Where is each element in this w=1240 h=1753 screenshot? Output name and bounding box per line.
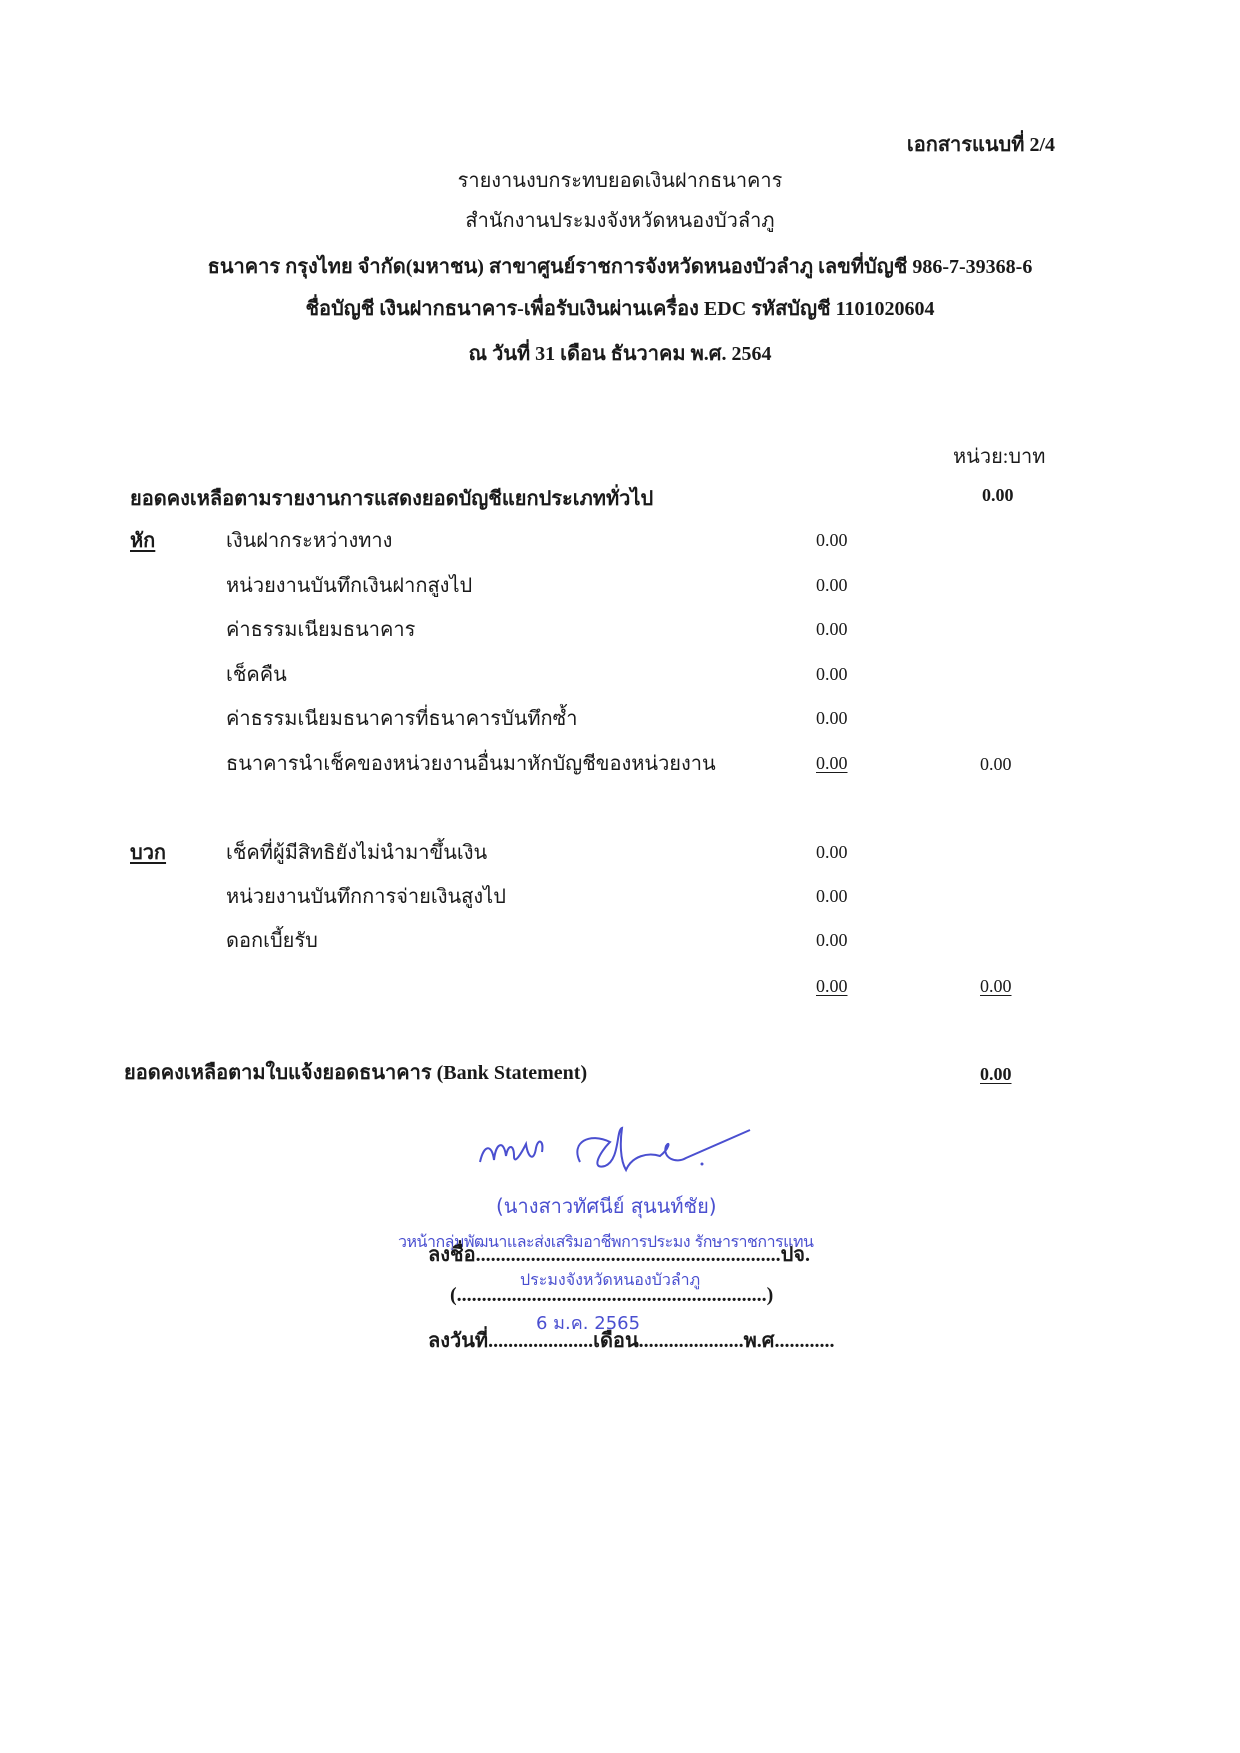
add-item-value: 0.00 xyxy=(816,930,848,951)
add-heading: บวก xyxy=(130,836,166,868)
attachment-label: เอกสารแนบที่ 2/4 xyxy=(907,128,1055,160)
add-item-label: ดอกเบี้ยรับ xyxy=(226,924,318,956)
add-item-label: เช็คที่ผู้มีสิทธิยังไม่นำมาขึ้นเงิน xyxy=(226,836,487,868)
deduct-item-value: 0.00 xyxy=(816,753,848,774)
bank-line: ธนาคาร กรุงไทย จำกัด(มหาชน) สาขาศูนย์ราช… xyxy=(0,250,1240,282)
date-line: ณ วันที่ 31 เดือน ธันวาคม พ.ศ. 2564 xyxy=(0,337,1240,369)
sign-line: ลงชื่อ..................................… xyxy=(428,1238,810,1270)
deduct-item-value: 0.00 xyxy=(816,664,848,685)
handwritten-signature xyxy=(470,1122,810,1182)
date-sign-line: ลงวันที่.....................เดือน......… xyxy=(428,1324,835,1356)
deduct-total: 0.00 xyxy=(980,754,1012,775)
deduct-item-label: เงินฝากระหว่างทาง xyxy=(226,524,392,556)
deduct-item-label: ค่าธรรมเนียมธนาคาร xyxy=(226,613,415,645)
deduct-item-value: 0.00 xyxy=(816,708,848,729)
report-title: รายงานงบกระทบยอดเงินฝากธนาคาร xyxy=(0,164,1240,196)
deduct-item-label: หน่วยงานบันทึกเงินฝากสูงไป xyxy=(226,569,472,601)
deduct-item-label: เช็คคืน xyxy=(226,658,287,690)
gl-balance-value: 0.00 xyxy=(982,485,1014,506)
unit-label: หน่วย:บาท xyxy=(953,440,1045,472)
add-subtotal: 0.00 xyxy=(816,976,848,997)
bank-balance-label: ยอดคงเหลือตามใบแจ้งยอดธนาคาร (Bank State… xyxy=(124,1056,587,1088)
deduct-item-label: ค่าธรรมเนียมธนาคารที่ธนาคารบันทึกซ้ำ xyxy=(226,702,577,734)
add-item-label: หน่วยงานบันทึกการจ่ายเงินสูงไป xyxy=(226,880,506,912)
deduct-item-label: ธนาคารนำเช็คของหน่วยงานอื่นมาหักบัญชีของ… xyxy=(226,747,716,779)
office-name: สำนักงานประมงจังหวัดหนองบัวลำภู xyxy=(0,204,1240,236)
deduct-item-value: 0.00 xyxy=(816,575,848,596)
deduct-heading: หัก xyxy=(130,524,155,556)
signer-name-handwritten: (นางสาวทัศนีย์ สุนนท์ชัย) xyxy=(496,1190,717,1222)
deduct-item-value: 0.00 xyxy=(816,619,848,640)
account-line: ชื่อบัญชี เงินฝากธนาคาร-เพื่อรับเงินผ่าน… xyxy=(0,292,1240,324)
name-line: (.......................................… xyxy=(450,1284,773,1307)
add-item-value: 0.00 xyxy=(816,842,848,863)
deduct-item-value: 0.00 xyxy=(816,530,848,551)
bank-balance-value: 0.00 xyxy=(980,1064,1012,1085)
add-item-value: 0.00 xyxy=(816,886,848,907)
add-total: 0.00 xyxy=(980,976,1012,997)
gl-balance-label: ยอดคงเหลือตามรายงานการแสดงยอดบัญชีแยกประ… xyxy=(130,482,653,514)
